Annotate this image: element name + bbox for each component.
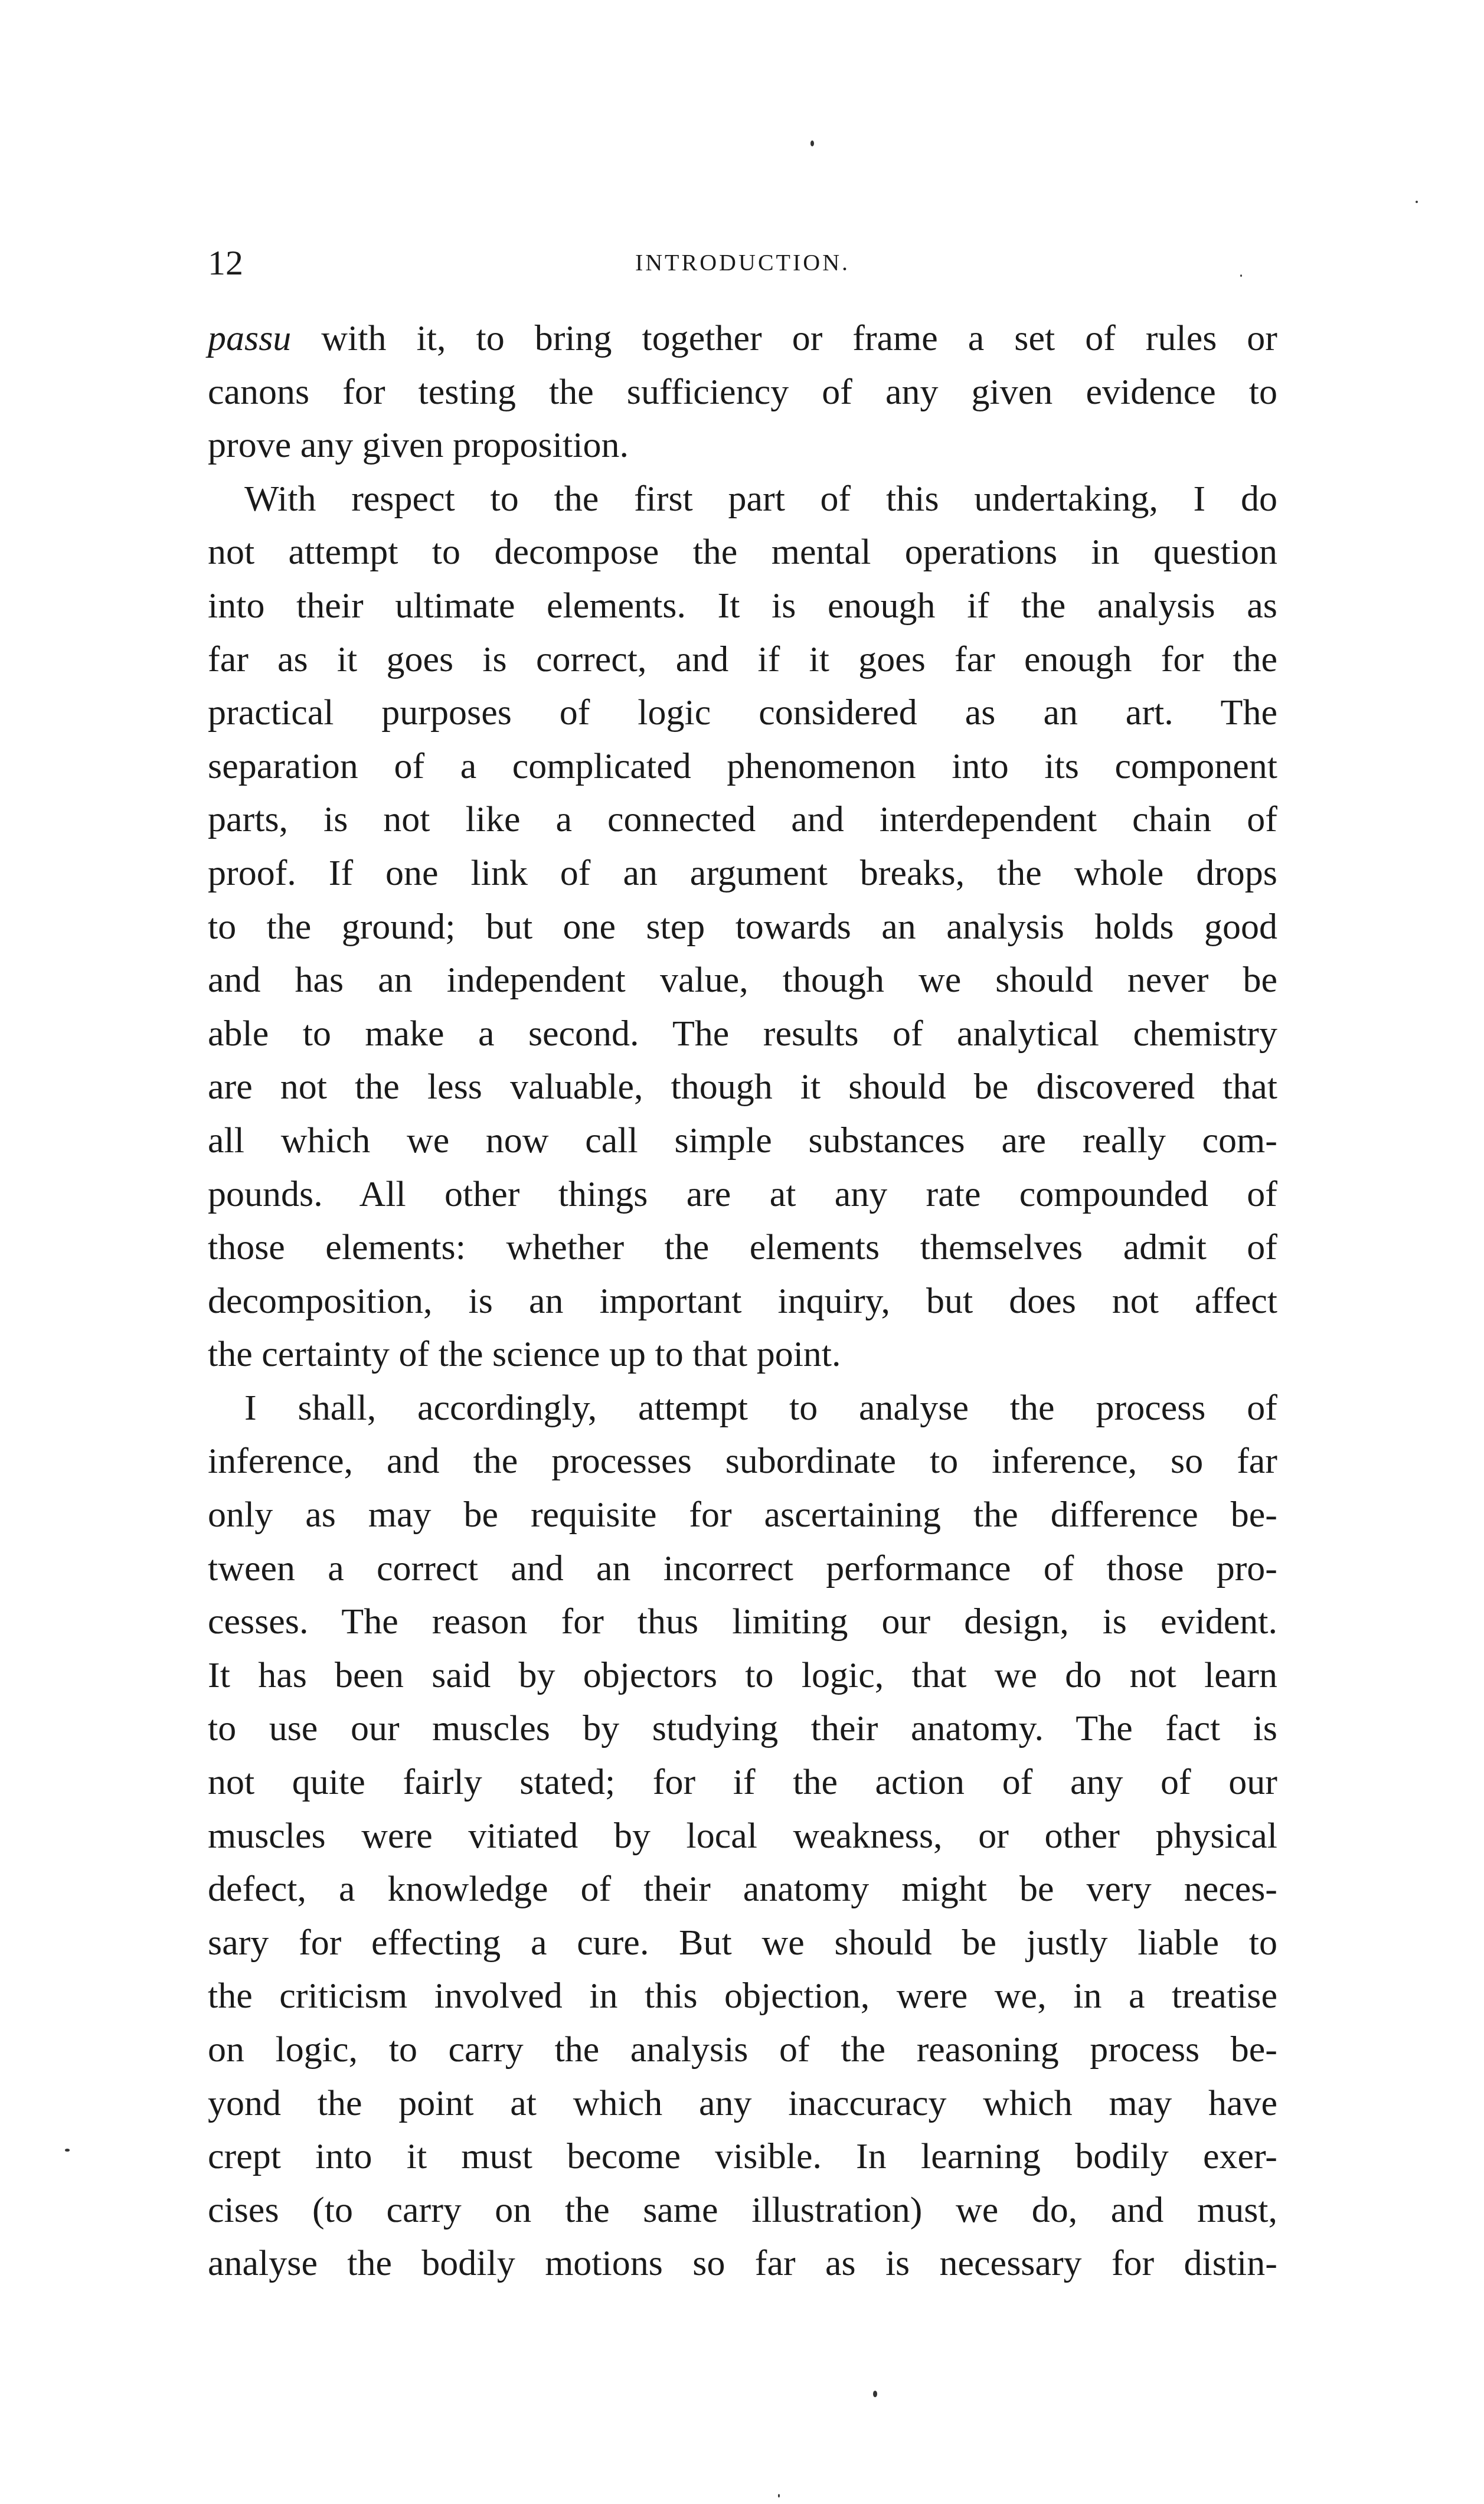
text-line: defect, a knowledge of their anatomy mig…	[208, 1862, 1277, 1916]
line-text: all which we now call simple substances …	[208, 1120, 1277, 1161]
text-line: able to make a second. The results of an…	[208, 1007, 1277, 1061]
line-text: sary for effecting a cure. But we should…	[208, 1923, 1277, 1963]
text-line: and has an independent value, though we …	[208, 953, 1277, 1007]
text-line: tween a correct and an incorrect perform…	[208, 1542, 1277, 1596]
scan-speck	[778, 2494, 780, 2498]
scan-speck	[873, 2391, 877, 2397]
line-text: separation of a complicated phenomenon i…	[208, 746, 1277, 786]
line-text: on logic, to carry the analysis of the r…	[208, 2029, 1277, 2070]
text-line: far as it goes is correct, and if it goe…	[208, 633, 1277, 687]
text-line: pounds. All other things are at any rate…	[208, 1168, 1277, 1221]
text-line: the certainty of the science up to that …	[208, 1328, 1277, 1381]
line-text: decomposition, is an important inquiry, …	[208, 1281, 1277, 1321]
text-line: cises (to carry on the same illustration…	[208, 2183, 1277, 2237]
text-line: crept into it must become visible. In le…	[208, 2130, 1277, 2183]
text-line: separation of a complicated phenomenon i…	[208, 740, 1277, 793]
text-line: prove any given proposition.	[208, 419, 1277, 472]
text-line: parts, is not like a connected and inter…	[208, 793, 1277, 846]
line-text: to use our muscles by studying their ana…	[208, 1708, 1277, 1748]
scan-speck	[810, 140, 814, 146]
text-line: passu with it, to bring together or fram…	[208, 312, 1277, 365]
line-text: canons for testing the sufficiency of an…	[208, 372, 1277, 412]
text-line: muscles were vitiated by local weakness,…	[208, 1809, 1277, 1863]
line-text: far as it goes is correct, and if it goe…	[208, 639, 1277, 679]
text-line: to use our muscles by studying their ana…	[208, 1702, 1277, 1756]
line-text: inference, and the processes subordinate…	[208, 1441, 1277, 1481]
line-text: are not the less valuable, though it sho…	[208, 1067, 1277, 1107]
line-text: parts, is not like a connected and inter…	[208, 799, 1277, 839]
text-line: those elements: whether the elements the…	[208, 1221, 1277, 1274]
text-line: into their ultimate elements. It is enou…	[208, 579, 1277, 633]
scan-speck	[65, 2149, 70, 2152]
page-header: 12 INTRODUCTION.	[208, 239, 1277, 286]
line-text: analyse the bodily motions so far as is …	[208, 2243, 1277, 2283]
text-line: With respect to the first part of this u…	[208, 472, 1277, 526]
text-line: not quite fairly stated; for if the acti…	[208, 1756, 1277, 1809]
line-text: cises (to carry on the same illustration…	[208, 2190, 1277, 2230]
text-line: the criticism involved in this objection…	[208, 1969, 1277, 2023]
line-text: not quite fairly stated; for if the acti…	[208, 1762, 1277, 1802]
line-text: crept into it must become visible. In le…	[208, 2136, 1277, 2176]
text-line: only as may be requisite for ascertainin…	[208, 1488, 1277, 1542]
line-text: able to make a second. The results of an…	[208, 1014, 1277, 1054]
line-text: tween a correct and an incorrect perform…	[208, 1548, 1277, 1588]
line-text: defect, a knowledge of their anatomy mig…	[208, 1869, 1277, 1909]
line-text: practical purposes of logic considered a…	[208, 692, 1277, 733]
text-line: It has been said by objectors to logic, …	[208, 1649, 1277, 1702]
text-line: practical purposes of logic considered a…	[208, 686, 1277, 740]
text-line: to the ground; but one step towards an a…	[208, 900, 1277, 954]
line-text: those elements: whether the elements the…	[208, 1227, 1277, 1267]
text-line: on logic, to carry the analysis of the r…	[208, 2023, 1277, 2077]
text-line: yond the point at which any inaccuracy w…	[208, 2077, 1277, 2130]
body-text: passu with it, to bring together or fram…	[208, 312, 1277, 2290]
text-line: sary for effecting a cure. But we should…	[208, 1916, 1277, 1970]
line-text: the certainty of the science up to that …	[208, 1334, 841, 1374]
line-text: into their ultimate elements. It is enou…	[208, 586, 1277, 626]
line-text: muscles were vitiated by local weakness,…	[208, 1816, 1277, 1856]
line-text: and has an independent value, though we …	[208, 960, 1277, 1000]
text-line: canons for testing the sufficiency of an…	[208, 365, 1277, 419]
scan-speck	[1416, 201, 1418, 203]
line-text: proof. If one link of an argument breaks…	[208, 853, 1277, 893]
line-text: yond the point at which any inaccuracy w…	[208, 2083, 1277, 2123]
text-line: proof. If one link of an argument breaks…	[208, 846, 1277, 900]
line-text: I shall, accordingly, attempt to analyse…	[244, 1388, 1277, 1428]
running-head: INTRODUCTION.	[208, 239, 1277, 286]
line-text: only as may be requisite for ascertainin…	[208, 1495, 1277, 1535]
text-line: I shall, accordingly, attempt to analyse…	[208, 1381, 1277, 1435]
line-text: prove any given proposition.	[208, 425, 629, 465]
line-text: to the ground; but one step towards an a…	[208, 907, 1277, 947]
italic-word: passu	[208, 318, 291, 358]
text-line: decomposition, is an important inquiry, …	[208, 1274, 1277, 1328]
line-text: not attempt to decompose the mental oper…	[208, 532, 1277, 572]
line-text: the criticism involved in this objection…	[208, 1976, 1277, 2016]
text-line: analyse the bodily motions so far as is …	[208, 2237, 1277, 2290]
text-line: are not the less valuable, though it sho…	[208, 1060, 1277, 1114]
text-line: all which we now call simple substances …	[208, 1114, 1277, 1168]
line-text: pounds. All other things are at any rate…	[208, 1174, 1277, 1214]
line-text: It has been said by objectors to logic, …	[208, 1655, 1277, 1695]
text-line: inference, and the processes subordinate…	[208, 1434, 1277, 1488]
line-text: with it, to bring together or frame a se…	[291, 318, 1277, 358]
line-text: cesses. The reason for thus limiting our…	[208, 1601, 1277, 1642]
text-line: cesses. The reason for thus limiting our…	[208, 1595, 1277, 1649]
text-line: not attempt to decompose the mental oper…	[208, 525, 1277, 579]
line-text: With respect to the first part of this u…	[244, 479, 1277, 519]
